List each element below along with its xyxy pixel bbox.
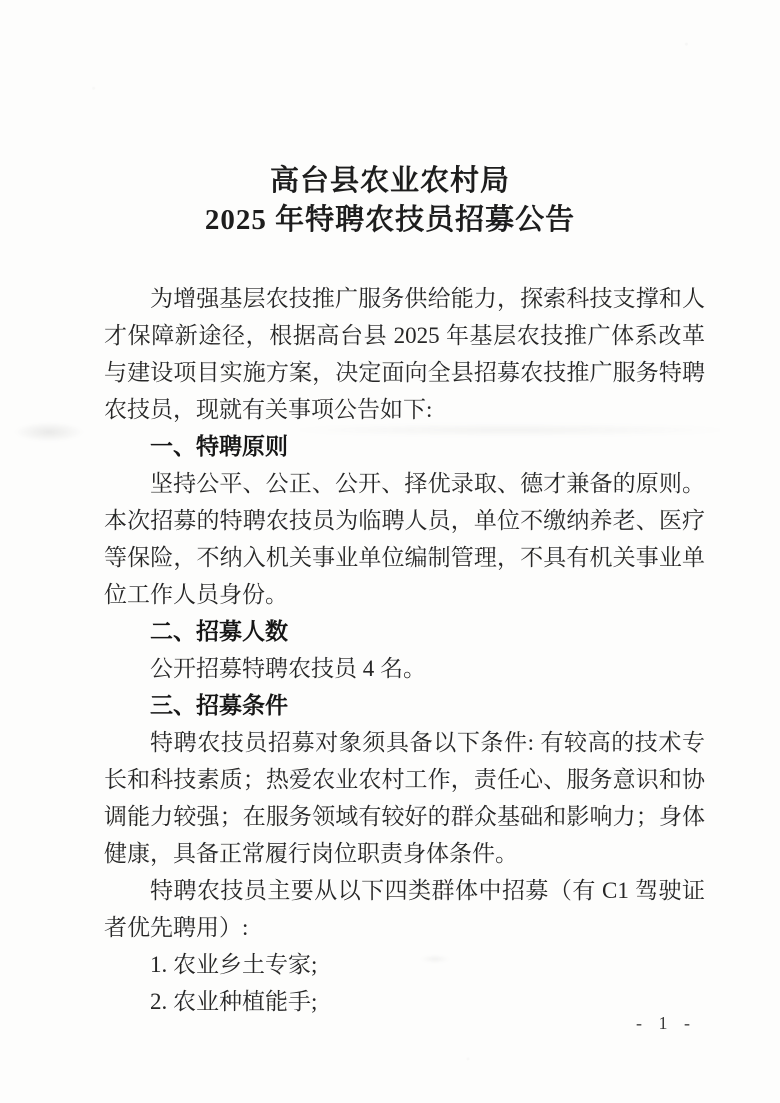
principles-paragraph: 坚持公平、公正、公开、择优录取、德才兼备的原则。本次招募的特聘农技员为临聘人员，… (104, 465, 705, 613)
scan-smudge (14, 422, 84, 442)
page-number: - 1 - (636, 1013, 696, 1034)
section-heading-headcount: 二、招募人数 (104, 613, 705, 650)
intro-paragraph: 为增强基层农技推广服务供给能力，探索科技支撑和人才保障新途径，根据高台县 202… (104, 280, 705, 428)
scanned-document-page: 高台县农业农村局 2025 年特聘农技员招募公告 为增强基层农技推广服务供给能力… (0, 0, 780, 1103)
title-line-1: 高台县农业农村局 (0, 162, 780, 201)
section-heading-principles: 一、特聘原则 (104, 428, 705, 465)
section-heading-conditions: 三、招募条件 (104, 687, 705, 724)
headcount-paragraph: 公开招募特聘农技员 4 名。 (104, 650, 705, 687)
document-title: 高台县农业农村局 2025 年特聘农技员招募公告 (0, 162, 780, 240)
group-list-item-1: 1. 农业乡土专家; (104, 946, 705, 983)
document-body: 为增强基层农技推广服务供给能力，探索科技支撑和人才保障新途径，根据高台县 202… (104, 280, 705, 1020)
title-line-2: 2025 年特聘农技员招募公告 (0, 201, 780, 240)
conditions-paragraph: 特聘农技员招募对象须具备以下条件: 有较高的技术专长和科技素质；热爱农业农村工作… (104, 724, 705, 872)
group-list-item-2: 2. 农业种植能手; (104, 983, 705, 1020)
groups-intro-paragraph: 特聘农技员主要从以下四类群体中招募（有 C1 驾驶证者优先聘用）: (104, 872, 705, 946)
